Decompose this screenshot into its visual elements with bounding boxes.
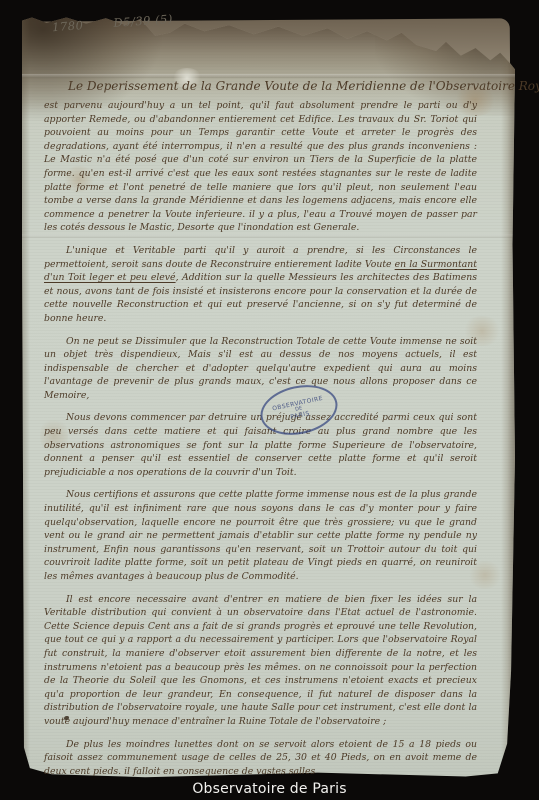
manuscript-paragraph: Nous devons commencer par detruire un pr…: [44, 411, 477, 479]
page-edge-left: [22, 16, 30, 778]
page-edge-right: [501, 16, 515, 778]
footer-caption: Observatoire de Paris: [192, 781, 346, 797]
manuscript-paragraph: L'unique et Veritable parti qu'il y auro…: [44, 244, 477, 326]
manuscript-paragraph: De plus les moindres lunettes dont on se…: [44, 738, 477, 779]
manuscript-paragraph: On ne peut se Dissimuler que la Reconstr…: [44, 335, 477, 403]
manuscript-paragraphs: est parvenu aujourd'huy a un tel point, …: [44, 99, 477, 778]
manuscript-text: Le Deperissement de la Grande Voute de l…: [44, 76, 477, 787]
manuscript-paragraph: Il est encore necessaire avant d'entrer …: [44, 593, 477, 729]
manuscript-paragraph: Nous certifions et assurons que cette pl…: [44, 488, 477, 583]
caption-band: Observatoire de Paris: [0, 778, 539, 800]
manuscript-paragraph: est parvenu aujourd'huy a un tel point, …: [44, 99, 477, 235]
manuscript-title: Le Deperissement de la Grande Voute de l…: [44, 76, 477, 96]
annotation-year: 1780: [52, 18, 84, 34]
stamp-line: PARIS: [290, 411, 310, 421]
photo-background: 1780 D5/39 (5) Le Deperissement de la Gr…: [0, 0, 539, 800]
